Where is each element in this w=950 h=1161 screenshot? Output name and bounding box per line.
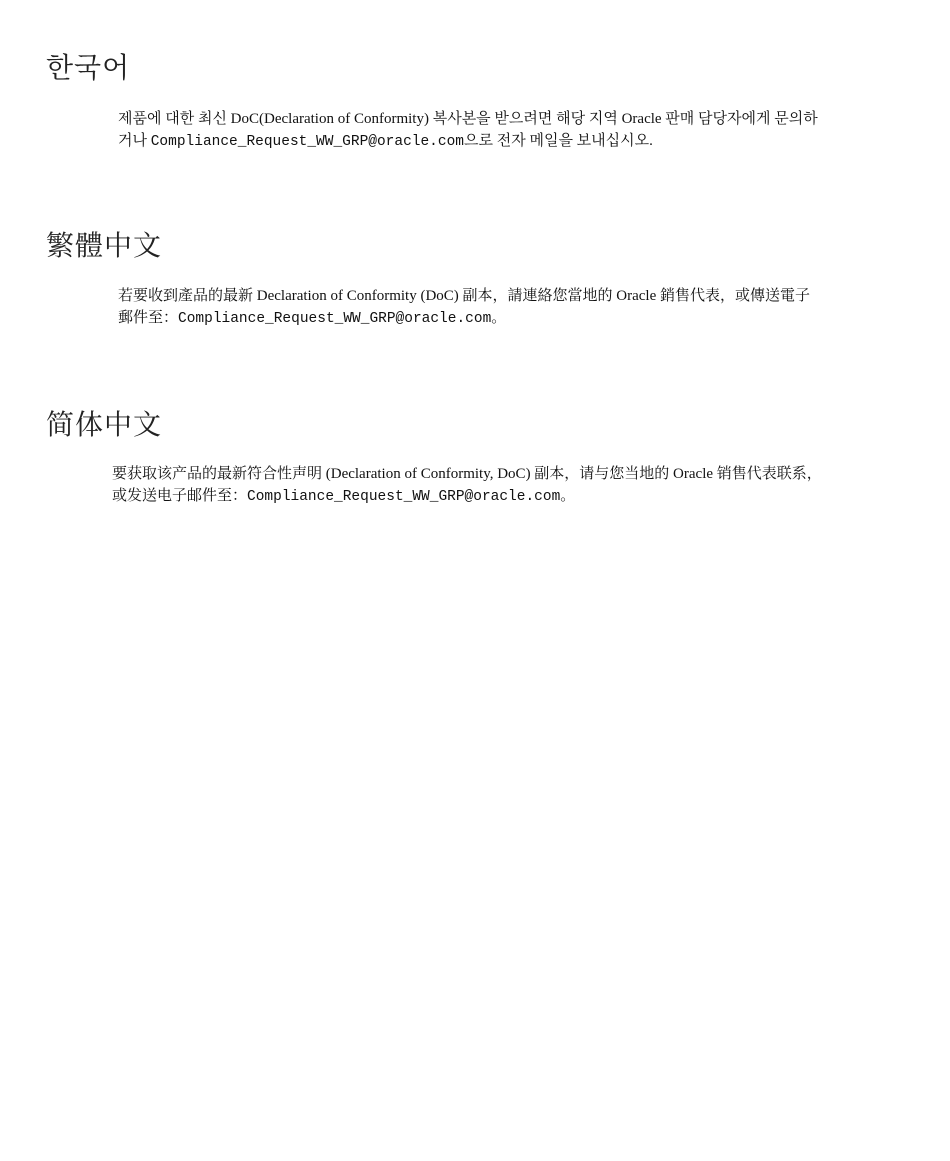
section-paragraph: 若要收到產品的最新 Declaration of Conformity (DoC…	[118, 285, 918, 330]
line-prefix: 郵件至：	[118, 310, 178, 326]
line-prefix: 거나	[118, 133, 151, 149]
line-suffix: 。	[560, 488, 575, 504]
paragraph-line-2: 거나 Compliance_Request_WW_GRP@oracle.com으…	[118, 130, 918, 153]
email-address: Compliance_Request_WW_GRP@oracle.com	[247, 489, 560, 505]
section-paragraph: 제품에 대한 최신 DoC(Declaration of Conformity)…	[118, 108, 918, 153]
line-suffix: 으로 전자 메일을 보내십시오.	[464, 133, 653, 149]
section-heading: 简体中文	[46, 403, 162, 443]
paragraph-line-2: 郵件至：Compliance_Request_WW_GRP@oracle.com…	[118, 307, 918, 330]
line-prefix: 或发送电子邮件至：	[112, 488, 247, 504]
line-suffix: 。	[491, 310, 506, 326]
email-address: Compliance_Request_WW_GRP@oracle.com	[151, 134, 464, 150]
section-paragraph: 要获取该产品的最新符合性声明 (Declaration of Conformit…	[112, 463, 912, 508]
paragraph-line-1: 若要收到產品的最新 Declaration of Conformity (DoC…	[118, 285, 918, 307]
email-address: Compliance_Request_WW_GRP@oracle.com	[178, 311, 491, 327]
section-heading: 한국어	[46, 46, 130, 86]
paragraph-line-2: 或发送电子邮件至：Compliance_Request_WW_GRP@oracl…	[112, 485, 912, 508]
paragraph-line-1: 要获取该产品的最新符合性声明 (Declaration of Conformit…	[112, 463, 912, 485]
paragraph-line-1: 제품에 대한 최신 DoC(Declaration of Conformity)…	[118, 108, 918, 130]
section-heading: 繁體中文	[46, 224, 162, 264]
